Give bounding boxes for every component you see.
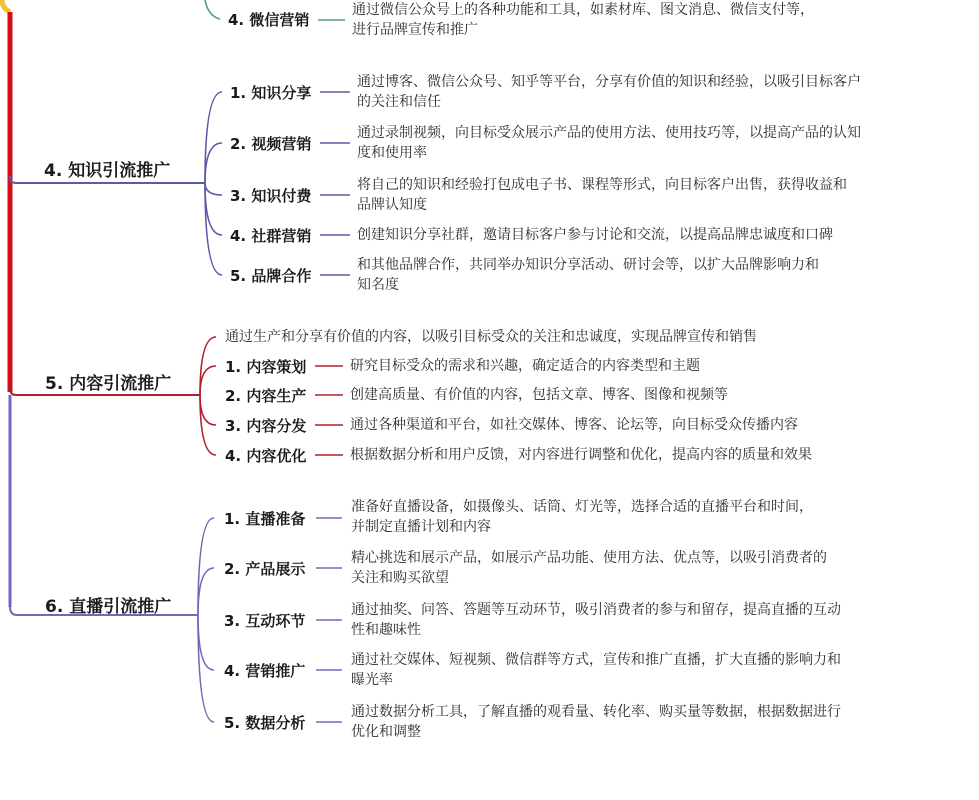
branch-content-traffic[interactable]: 5. 内容引流推广	[45, 369, 171, 394]
node-brand-cooperation[interactable]: 5. 品牌合作	[230, 265, 311, 286]
node-product-showcase[interactable]: 2. 产品展示	[224, 558, 305, 579]
node-interaction[interactable]: 3. 互动环节	[224, 610, 305, 631]
node-paid-knowledge-desc: 将自己的知识和经验打包成电子书、课程等形式，向目标客户出售，获得收益和 品牌认知…	[357, 175, 847, 215]
node-content-optimization-desc: 根据数据分析和用户反馈，对内容进行调整和优化，提高内容的质量和效果	[350, 445, 812, 465]
node-content-production-desc: 创建高质量、有价值的内容，包括文章、博客、图像和视频等	[350, 385, 728, 405]
node-live-preparation-desc: 准备好直播设备，如摄像头、话筒、灯光等，选择合适的直播平台和时间， 并制定直播计…	[351, 497, 813, 537]
node-community-marketing[interactable]: 4. 社群营销	[230, 225, 311, 246]
node-brand-cooperation-desc: 和其他品牌合作，共同举办知识分享活动、研讨会等，以扩大品牌影响力和 知名度	[357, 255, 819, 295]
node-data-analysis[interactable]: 5. 数据分析	[224, 712, 305, 733]
trunk-top-curve	[2, 0, 10, 12]
node-content-distribution[interactable]: 3. 内容分发	[225, 415, 306, 436]
branch-knowledge-traffic[interactable]: 4. 知识引流推广	[44, 156, 170, 181]
node-knowledge-sharing-desc: 通过博客、微信公众号、知乎等平台，分享有价值的知识和经验，以吸引目标客户 的关注…	[357, 72, 861, 112]
node-content-production[interactable]: 2. 内容生产	[225, 385, 306, 406]
node-content-planning[interactable]: 1. 内容策划	[225, 356, 306, 377]
node-content-distribution-desc: 通过各种渠道和平台，如社交媒体、博客、论坛等，向目标受众传播内容	[350, 415, 798, 435]
node-knowledge-sharing[interactable]: 1. 知识分享	[230, 82, 311, 103]
node-content-optimization[interactable]: 4. 内容优化	[225, 445, 306, 466]
node-product-showcase-desc: 精心挑选和展示产品，如展示产品功能、使用方法、优点等，以吸引消费者的 关注和购买…	[351, 548, 827, 588]
branch-livestream-traffic[interactable]: 6. 直播引流推广	[45, 592, 171, 617]
node-wechat-marketing[interactable]: 4. 微信营销	[228, 9, 309, 30]
node-marketing-promotion[interactable]: 4. 营销推广	[224, 660, 305, 681]
node-live-preparation[interactable]: 1. 直播准备	[224, 508, 305, 529]
node-marketing-promotion-desc: 通过社交媒体、短视频、微信群等方式，宣传和推广直播，扩大直播的影响力和 曝光率	[351, 650, 841, 690]
node-content-intro[interactable]: 通过生产和分享有价值的内容，以吸引目标受众的关注和忠诚度，实现品牌宣传和销售	[225, 327, 757, 347]
node-wechat-desc: 通过微信公众号上的各种功能和工具，如素材库、图文消息、微信支付等， 进行品牌宣传…	[352, 0, 814, 40]
node-paid-knowledge[interactable]: 3. 知识付费	[230, 185, 311, 206]
node-interaction-desc: 通过抽奖、问答、答题等互动环节，吸引消费者的参与和留存，提高直播的互动 性和趣味…	[351, 600, 841, 640]
node-community-marketing-desc: 创建知识分享社群，邀请目标客户参与讨论和交流，以提高品牌忠诚度和口碑	[357, 225, 833, 245]
node-content-planning-desc: 研究目标受众的需求和兴趣，确定适合的内容类型和主题	[350, 356, 700, 376]
node-data-analysis-desc: 通过数据分析工具，了解直播的观看量、转化率、购买量等数据，根据数据进行 优化和调…	[351, 702, 841, 742]
node-video-marketing[interactable]: 2. 视频营销	[230, 133, 311, 154]
node-video-marketing-desc: 通过录制视频，向目标受众展示产品的使用方法、使用技巧等，以提高产品的认知 度和使…	[357, 123, 861, 163]
